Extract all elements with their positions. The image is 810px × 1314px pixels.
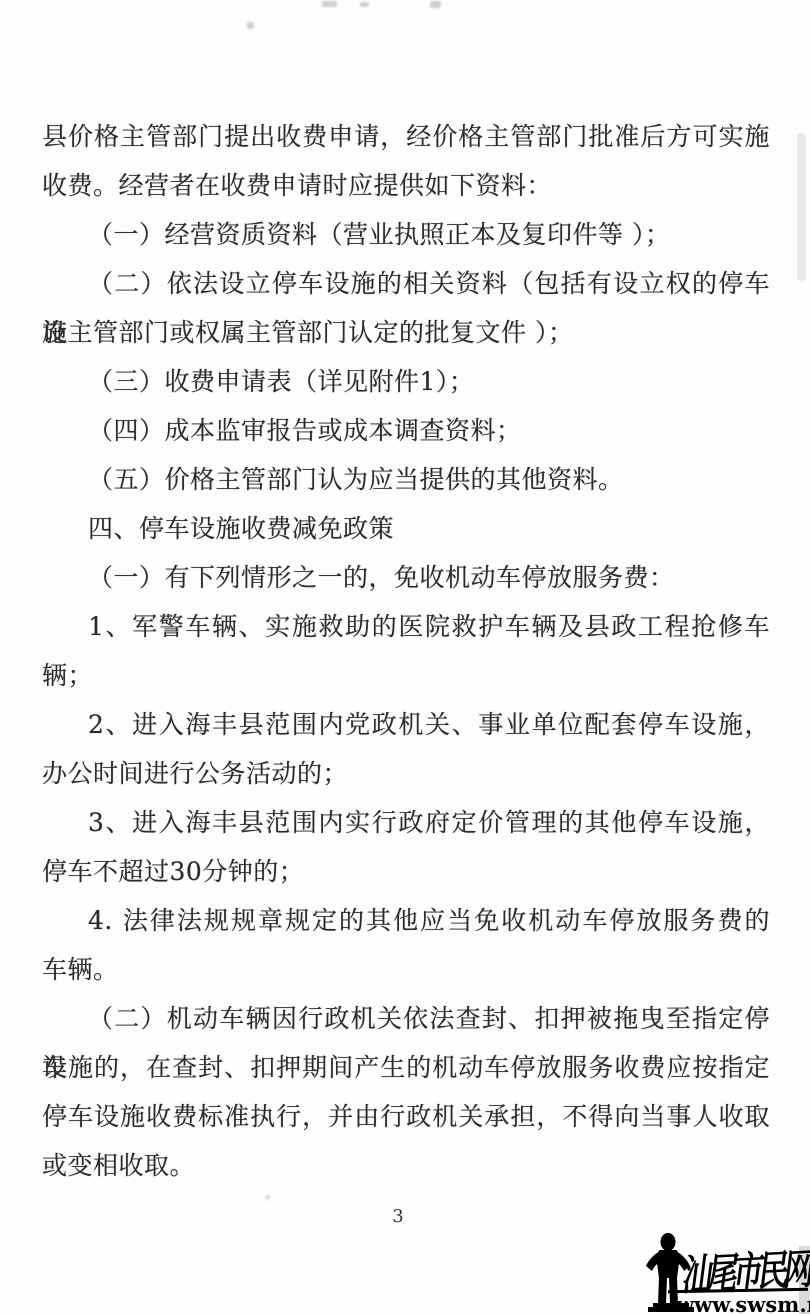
text-line: 或变相收取。 [42, 1141, 770, 1190]
text-line: （四）成本监审报告或成本调查资料； [42, 406, 770, 455]
text-line: 办公时间进行公务活动的； [42, 749, 770, 798]
scanned-document-page: 县价格主管部门提出收费申请，经价格主管部门批准后方可实施收费。经营者在收费申请时… [0, 0, 810, 1314]
text-line: 县价格主管部门提出收费申请，经价格主管部门批准后方可实施 [42, 112, 770, 161]
text-line: 车辆。 [42, 945, 770, 994]
text-line: （一）有下列情形之一的，免收机动车停放服务费： [42, 553, 770, 602]
text-line: （三）收费申请表（详见附件1）； [42, 357, 770, 406]
scan-edge-artifact [797, 133, 806, 281]
text-line: 3、进入海丰县范围内实行政府定价管理的其他停车设施， [42, 798, 770, 847]
text-line: （二）依法设立停车设施的相关资料（包括有设立权的停车设 [42, 259, 770, 308]
text-line: （二）机动车辆因行政机关依法查封、扣押被拖曳至指定停车 [42, 994, 770, 1043]
text-line: 1、军警车辆、实施救助的医院救护车辆及县政工程抢修车 [42, 602, 770, 651]
text-line: 辆； [42, 651, 770, 700]
watermark-logo[interactable]: 汕尾市民网 www.swsm.net [640, 1231, 810, 1314]
text-line: 收费。经营者在收费申请时应提供如下资料： [42, 161, 770, 210]
text-line: （一）经营资质资料（营业执照正本及复印件等 ）； [42, 210, 770, 259]
text-line: 四、停车设施收费减免政策 [42, 504, 770, 553]
page-number: 3 [0, 1206, 796, 1227]
text-line: （五）价格主管部门认为应当提供的其他资料。 [42, 455, 770, 504]
scan-artifact [247, 22, 254, 29]
scan-artifact [360, 2, 369, 7]
scan-artifact [322, 1, 337, 7]
text-line: 停车不超过30分钟的； [42, 847, 770, 896]
text-line: 4. 法律法规规章规定的其他应当免收机动车停放服务费的 [42, 896, 770, 945]
document-body: 县价格主管部门提出收费申请，经价格主管部门批准后方可实施收费。经营者在收费申请时… [42, 112, 770, 1190]
text-line: 设施的，在查封、扣押期间产生的机动车停放服务收费应按指定 [42, 1043, 770, 1092]
text-line: 施主管部门或权属主管部门认定的批复文件 ）； [42, 308, 770, 357]
text-line: 2、进入海丰县范围内党政机关、事业单位配套停车设施， [42, 700, 770, 749]
text-line: 停车设施收费标准执行，并由行政机关承担，不得向当事人收取 [42, 1092, 770, 1141]
scan-artifact [265, 1195, 270, 1200]
scan-artifact [430, 1, 441, 8]
watermark-site-url: www.swsm.net [676, 1292, 810, 1314]
